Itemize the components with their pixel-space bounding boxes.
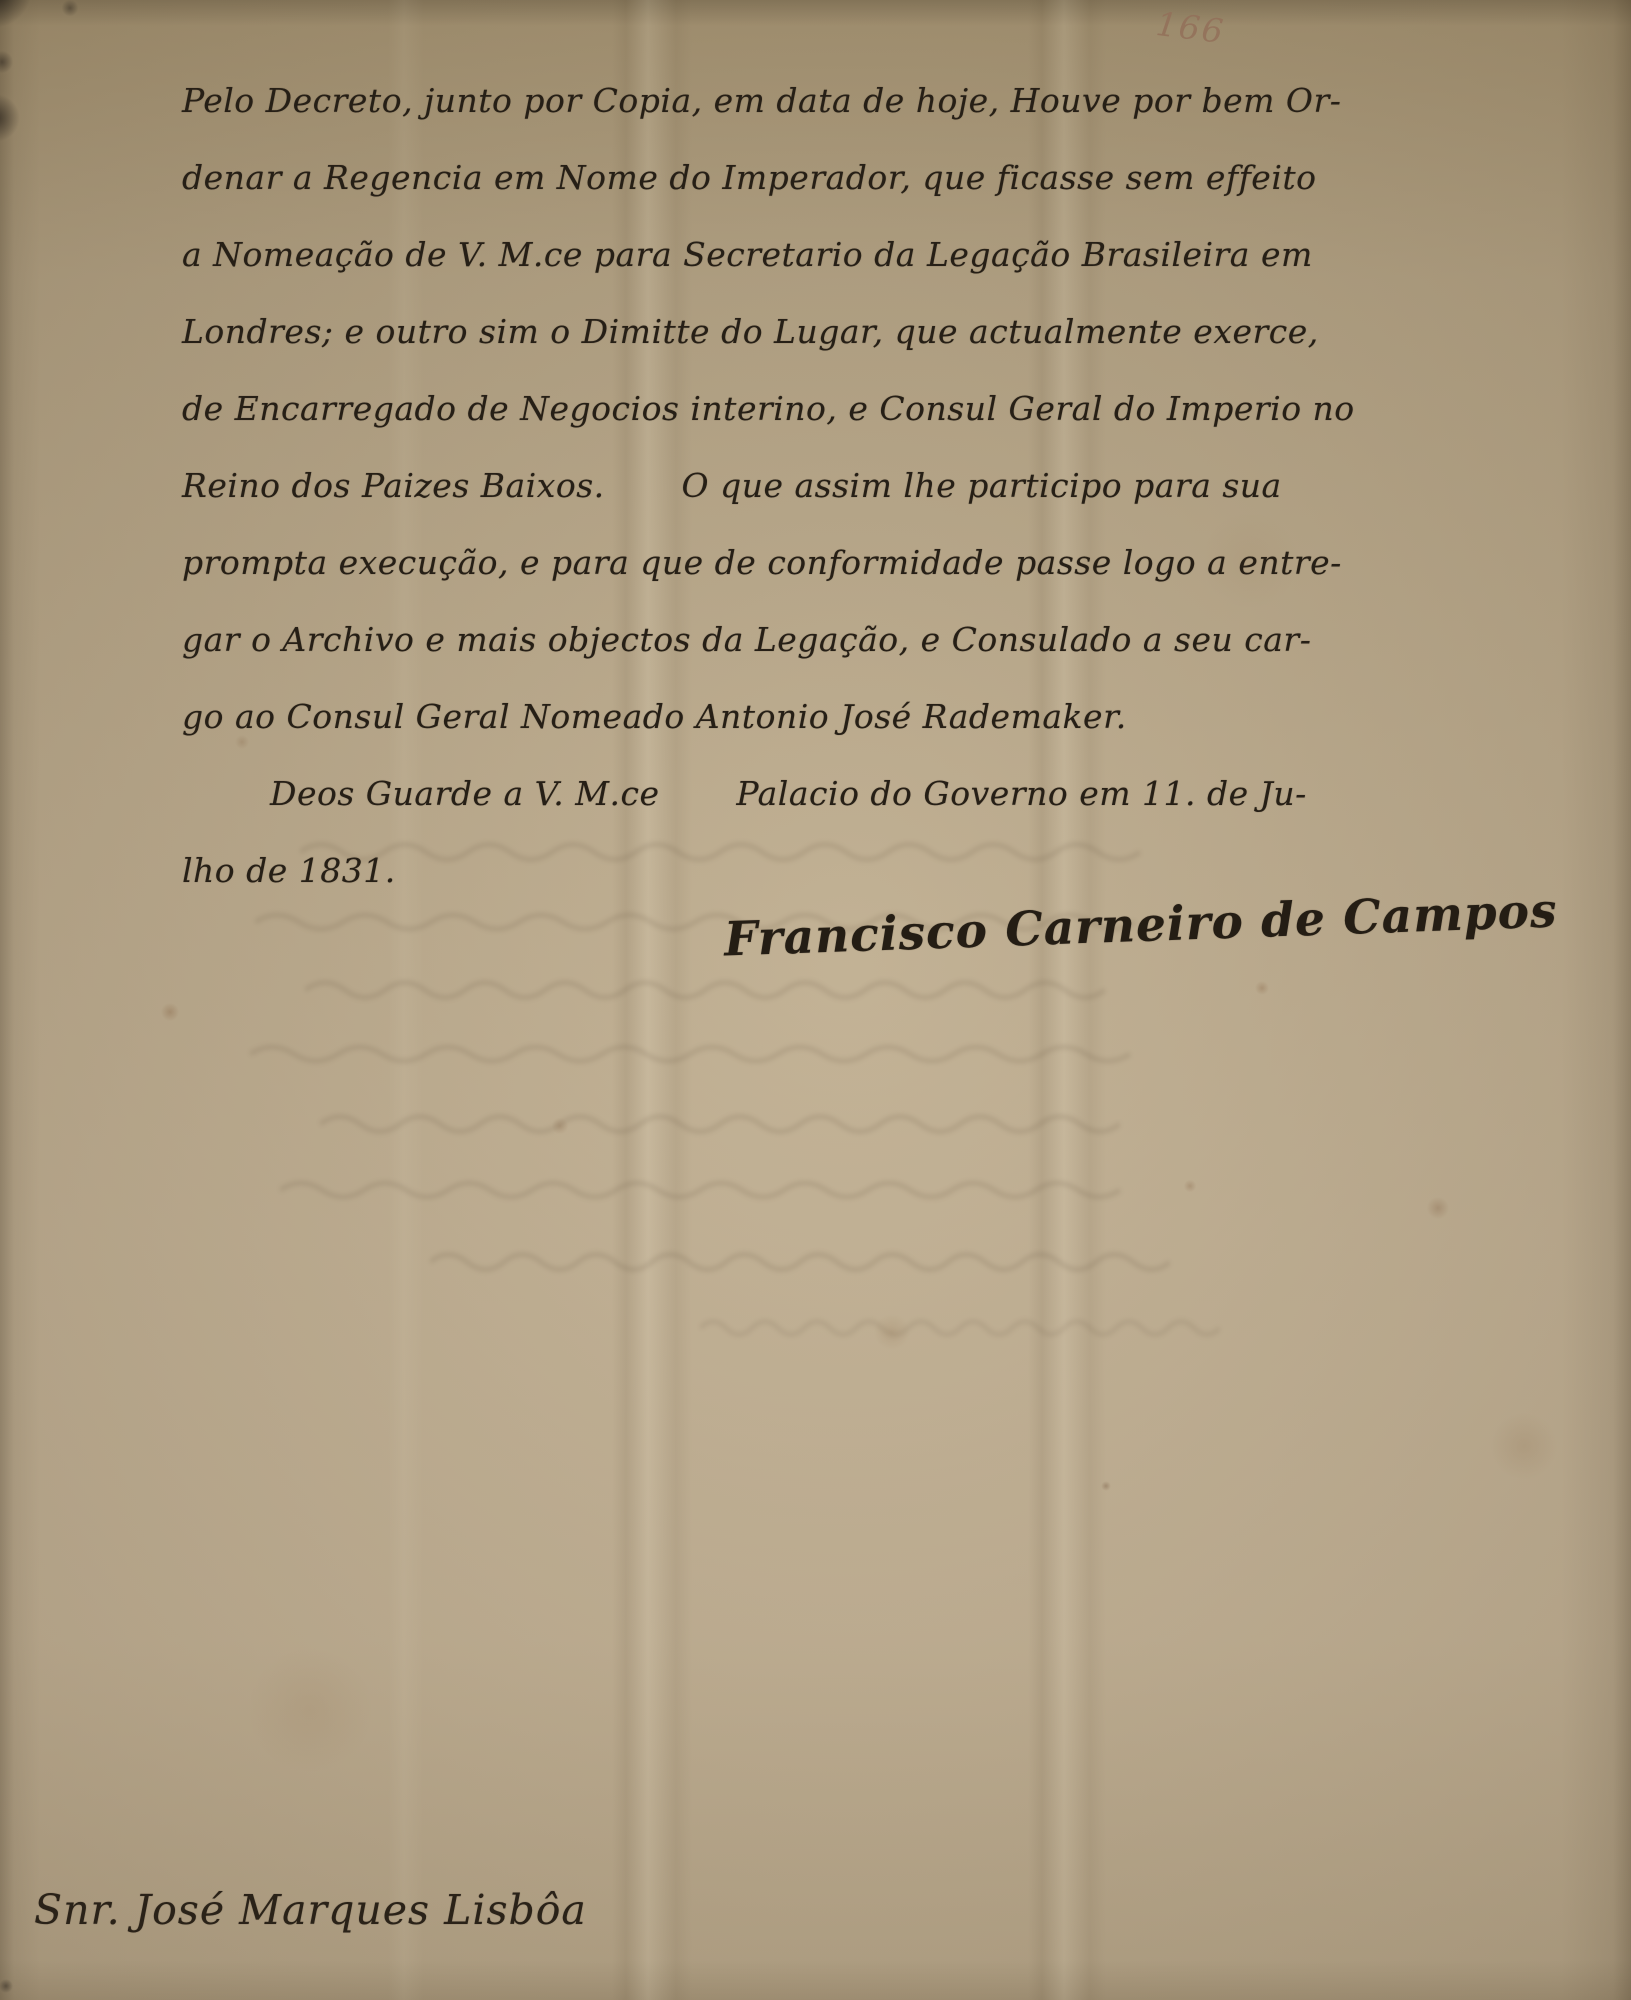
bleed-through-text <box>305 968 1125 1008</box>
manuscript-line: prompta execução, e para que de conformi… <box>182 524 1442 601</box>
addressee-line: Snr. José Marques Lisbôa <box>34 1886 587 1934</box>
manuscript-scan: { "page": { "number": "166", "kind": "ha… <box>0 0 1631 2000</box>
folio-page-number: 166 <box>1154 4 1227 51</box>
manuscript-line: Londres; e outro sim o Dimitte do Lugar,… <box>182 293 1442 370</box>
bleed-through-text <box>280 1170 1130 1210</box>
letter-body: Pelo Decreto, junto por Copia, em data d… <box>182 62 1442 909</box>
manuscript-line: gar o Archivo e mais objectos da Legação… <box>182 601 1442 678</box>
bleed-through-text <box>320 1102 1120 1142</box>
manuscript-line: a Nomeação de V. M.ce para Secretario da… <box>182 216 1442 293</box>
bleed-through-text <box>430 1240 1170 1280</box>
manuscript-line: de Encarregado de Negocios interino, e C… <box>182 370 1442 447</box>
bleed-through-text <box>250 1034 1160 1074</box>
bleed-through-text <box>700 1308 1220 1348</box>
manuscript-line: go ao Consul Geral Nomeado Antonio José … <box>182 678 1442 755</box>
manuscript-line: Reino dos Paizes Baixos. O que assim lhe… <box>182 447 1442 524</box>
manuscript-line: denar a Regencia em Nome do Imperador, q… <box>182 139 1442 216</box>
manuscript-line: Pelo Decreto, junto por Copia, em data d… <box>182 62 1442 139</box>
manuscript-line-closing: Deos Guarde a V. M.ce Palacio do Governo… <box>182 755 1442 832</box>
